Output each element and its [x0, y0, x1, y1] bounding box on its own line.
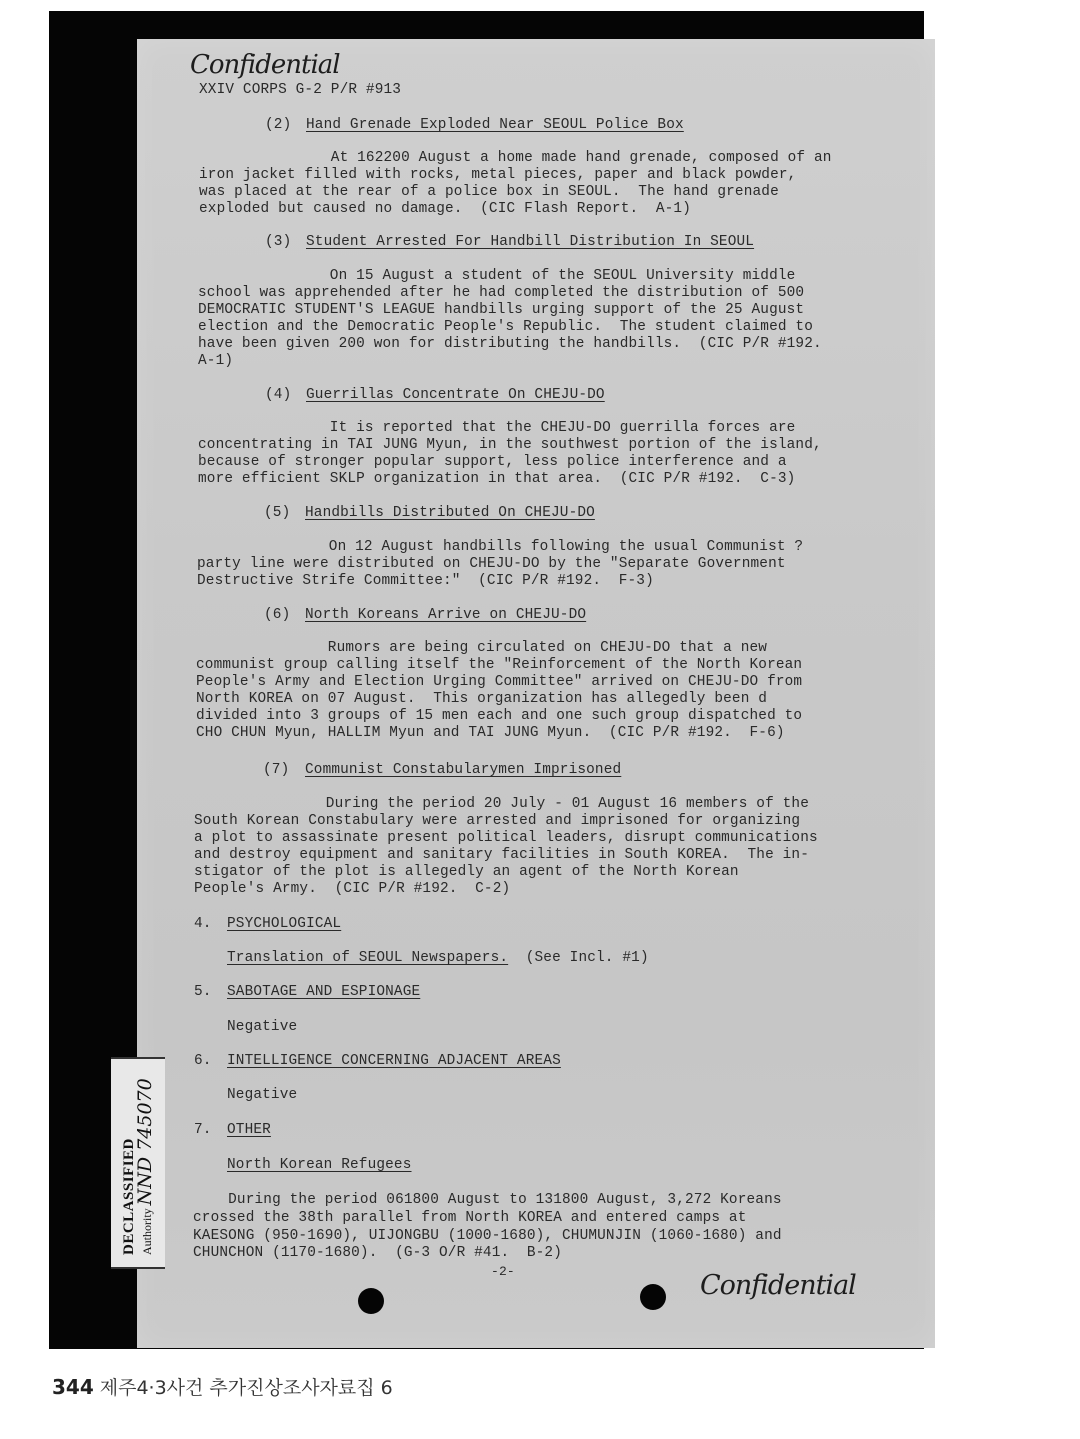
punch-hole [358, 1288, 384, 1314]
item-body-line: stigator of the plot is allegedly an age… [194, 864, 739, 881]
item-body-line: school was apprehended after he had comp… [198, 285, 804, 302]
report-header: XXIV CORPS G-2 P/R #913 [199, 82, 401, 99]
item-body-line: South Korean Constabulary were arrested … [194, 813, 800, 830]
book-title: 제주4·3사건 추가진상조사자료집 6 [100, 1377, 393, 1399]
item-body-line: CHO CHUN Myun, HALLIM Myun and TAI JUNG … [196, 725, 785, 742]
item-title: Hand Grenade Exploded Near SEOUL Police … [306, 117, 684, 134]
item-number: (6) [264, 607, 290, 624]
section-title: PSYCHOLOGICAL [227, 916, 341, 933]
item-title: Communist Constabularymen Imprisoned [305, 762, 621, 779]
section-number: 4. [194, 916, 212, 933]
item-body-line: election and the Democratic People's Rep… [198, 319, 813, 336]
item-body-line: People's Army and Election Urging Commit… [196, 674, 802, 691]
section-body: Negative [227, 1087, 297, 1104]
item-title: North Koreans Arrive on CHEJU-DO [305, 607, 586, 624]
item-body-line: divided into 3 groups of 15 men each and… [196, 708, 802, 725]
item-body-line: On 15 August a student of the SEOUL Univ… [198, 268, 795, 285]
section-number: 5. [194, 984, 212, 1001]
item-body-line: a plot to assassinate present political … [194, 830, 818, 847]
item-body-line: exploded but caused no damage. (CIC Flas… [199, 201, 691, 218]
section-title: OTHER [227, 1122, 271, 1139]
item-body-line: have been given 200 won for distributing… [198, 336, 822, 353]
item-number: (3) [265, 234, 291, 251]
item-number: (7) [263, 762, 289, 779]
item-body-line: At 162200 August a home made hand grenad… [199, 150, 832, 167]
page-number: -2- [491, 1263, 515, 1280]
item-title: Guerrillas Concentrate On CHEJU-DO [306, 387, 605, 404]
item-title: Handbills Distributed On CHEJU-DO [305, 505, 595, 522]
book-caption: 344제주4·3사건 추가진상조사자료집 6 [52, 1373, 393, 1400]
section-body-line: KAESONG (950-1690), UIJONGBU (1000-1680)… [193, 1228, 782, 1245]
section-body: Negative [227, 1019, 297, 1036]
section-body-line: crossed the 38th parallel from North KOR… [193, 1210, 747, 1227]
section-subtitle-note: (See Incl. #1) [508, 950, 649, 966]
item-body-line: North KOREA on 07 August. This organizat… [196, 691, 767, 708]
stamp-authority-value: NND 745070 [134, 1078, 156, 1205]
section-subtitle: North Korean Refugees [227, 1157, 412, 1174]
section-number: 7. [194, 1122, 212, 1139]
item-body-line: more efficient SKLP organization in that… [198, 471, 795, 488]
item-title: Student Arrested For Handbill Distributi… [306, 234, 754, 251]
item-body-line: was placed at the rear of a police box i… [199, 184, 779, 201]
declassified-stamp: DECLASSIFIED AuthorityNND 745070 [111, 1057, 165, 1269]
section-title: INTELLIGENCE CONCERNING ADJACENT AREAS [227, 1053, 561, 1070]
item-body-line: and destroy equipment and sanitary facil… [194, 847, 809, 864]
section-subtitle-line: Translation of SEOUL Newspapers. (See In… [227, 950, 649, 967]
item-number: (4) [265, 387, 291, 404]
item-body-line: On 12 August handbills following the usu… [197, 539, 803, 556]
item-body-line: Rumors are being circulated on CHEJU-DO … [196, 640, 767, 657]
item-body-line: communist group calling itself the "Rein… [196, 657, 802, 674]
item-body-line: It is reported that the CHEJU-DO guerril… [198, 420, 795, 437]
item-body-line: party line were distributed on CHEJU-DO … [197, 556, 786, 573]
section-title: SABOTAGE AND ESPIONAGE [227, 984, 420, 1001]
item-body-line: Destructive Strife Committee:" (CIC P/R … [197, 573, 654, 590]
handwritten-confidential-bottom: Confidential [700, 1270, 856, 1301]
punch-hole [640, 1284, 666, 1310]
item-body-line: People's Army. (CIC P/R #192. C-2) [194, 881, 510, 898]
section-body-line: During the period 061800 August to 13180… [193, 1192, 782, 1209]
section-body-line: CHUNCHON (1170-1680). (G-3 O/R #41. B-2) [193, 1245, 562, 1262]
stamp-authority-row: AuthorityNND 745070 [137, 1059, 155, 1255]
book-page-number: 344 [52, 1375, 94, 1399]
item-body-line: During the period 20 July - 01 August 16… [194, 796, 809, 813]
item-number: (2) [265, 117, 291, 134]
section-number: 6. [194, 1053, 212, 1070]
item-body-line: DEMOCRATIC STUDENT'S LEAGUE handbills ur… [198, 302, 804, 319]
section-subtitle: Translation of SEOUL Newspapers. [227, 950, 508, 966]
stamp-authority-label: Authority [140, 1208, 154, 1255]
item-number: (5) [264, 505, 290, 522]
handwritten-confidential-top: Confidential [190, 50, 340, 80]
item-body-line: A-1) [198, 353, 233, 370]
item-body-line: because of stronger popular support, les… [198, 454, 787, 471]
item-body-line: concentrating in TAI JUNG Myun, in the s… [198, 437, 822, 454]
item-body-line: iron jacket filled with rocks, metal pie… [199, 167, 796, 184]
